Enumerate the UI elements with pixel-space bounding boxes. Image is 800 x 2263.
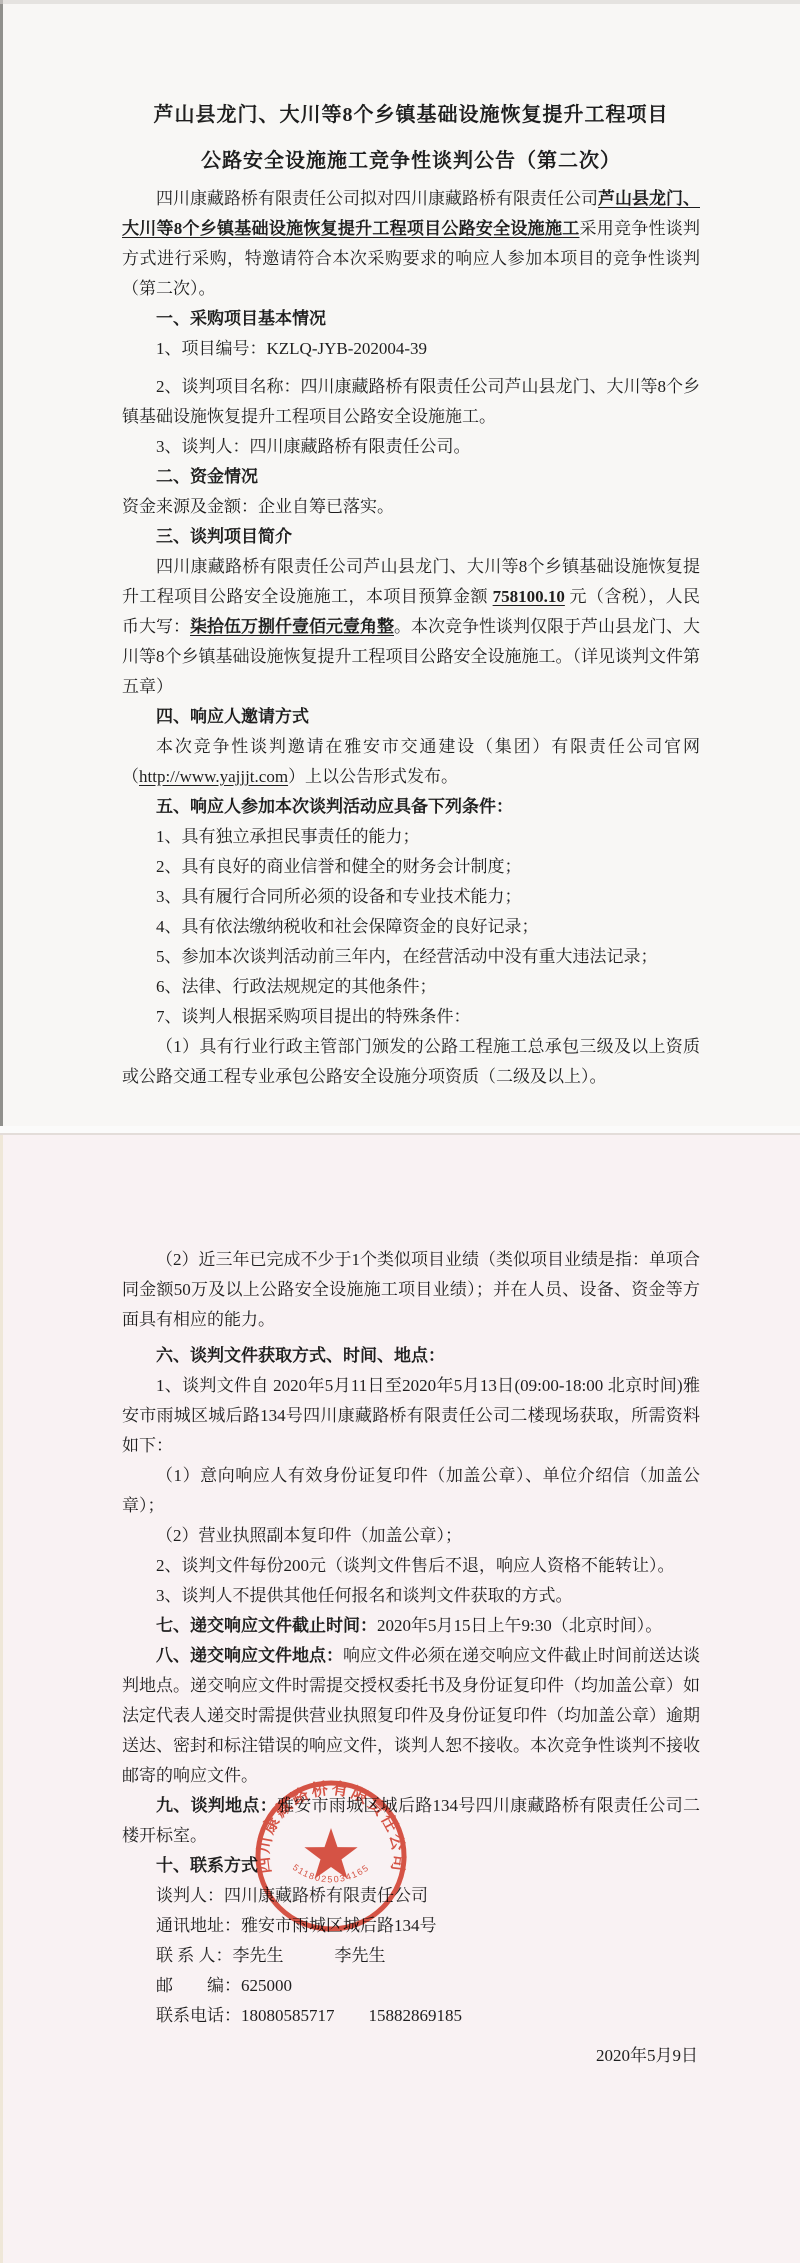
condition-item-3: 3、具有履行合同所必须的设备和专业技术能力； [122, 882, 700, 912]
contact-negotiator-line: 谈判人：四川康藏路桥有限责任公司 [122, 1881, 700, 1911]
official-website-url: http://www.yajjjt.com [139, 767, 288, 786]
invitation-paragraph: 本次竞争性谈判邀请在雅安市交通建设（集团）有限责任公司官网（http://www… [122, 732, 700, 792]
section-3-heading: 三、谈判项目简介 [122, 522, 700, 552]
scanned-page-1: 芦山县龙门、大川等8个乡镇基础设施恢复提升工程项目 公路安全设施施工竞争性谈判公… [0, 0, 800, 1126]
document-title-line1: 芦山县龙门、大川等8个乡镇基础设施恢复提升工程项目 [122, 100, 700, 130]
project-brief-paragraph: 四川康藏路桥有限责任公司芦山县龙门、大川等8个乡镇基础设施恢复提升工程项目公路安… [122, 552, 700, 702]
intro-paragraph: 四川康藏路桥有限责任公司拟对四川康藏路桥有限责任公司芦山县龙门、大川等8个乡镇基… [122, 184, 700, 304]
section-7-line: 七、递交响应文件截止时间：2020年5月15日上午9:30（北京时间）。 [122, 1611, 700, 1641]
required-material-2: （2）营业执照副本复印件（加盖公章）； [122, 1521, 700, 1551]
section-6-heading: 六、谈判文件获取方式、时间、地点： [122, 1341, 700, 1371]
condition-item-4: 4、具有依法缴纳税收和社会保障资金的良好记录； [122, 912, 700, 942]
required-material-1: （1）意向响应人有效身份证复印件（加盖公章）、单位介绍信（加盖公章）； [122, 1461, 700, 1521]
condition-item-1: 1、具有独立承担民事责任的能力； [122, 822, 700, 852]
section-4-heading: 四、响应人邀请方式 [122, 702, 700, 732]
section-9-paragraph: 九、谈判地点：雅安市雨城区城后路134号四川康藏路桥有限责任公司二楼开标室。 [122, 1791, 700, 1851]
section-9-heading: 九、谈判地点： [156, 1796, 277, 1815]
negotiator-line: 3、谈判人：四川康藏路桥有限责任公司。 [122, 432, 700, 462]
scanned-page-2: （2）近三年已完成不少于1个类似项目业绩（类似项目业绩是指：单项合同金额50万及… [0, 1135, 800, 2263]
budget-amount-chinese: 柒拾伍万捌仟壹佰元壹角整 [190, 617, 394, 636]
section-8-heading: 八、递交响应文件地点： [156, 1646, 343, 1665]
page-boundary-seam [0, 1126, 800, 1135]
section-5-heading: 五、响应人参加本次谈判活动应具备下列条件： [122, 792, 700, 822]
contact-postcode-line: 邮 编：625000 [122, 1971, 700, 2001]
intro-text: 四川康藏路桥有限责任公司拟对四川康藏路桥有限责任公司 [156, 189, 598, 208]
section-7-heading: 七、递交响应文件截止时间： [156, 1616, 377, 1635]
condition-item-7: 7、谈判人根据采购项目提出的特殊条件： [122, 1002, 700, 1032]
section-10-heading: 十、联系方式 [122, 1851, 700, 1881]
section-2-heading: 二、资金情况 [122, 462, 700, 492]
submission-place-text: 响应文件必须在递交响应文件截止时间前送达谈判地点。递交响应文件时需提交授权委托书… [122, 1646, 700, 1785]
scan-edge-artifact [0, 1135, 3, 2263]
condition-item-6: 6、法律、行政法规规定的其他条件； [122, 972, 700, 1002]
funding-line: 资金来源及金额：企业自筹已落实。 [122, 492, 700, 522]
project-number-line: 1、项目编号：KZLQ-JYB-202004-39 [122, 334, 700, 364]
document-acquisition-line: 1、谈判文件自 2020年5月11日至2020年5月13日(09:00-18:0… [122, 1371, 700, 1461]
deadline-text: 2020年5月15日上午9:30（北京时间）。 [377, 1616, 662, 1635]
project-name-line: 2、谈判项目名称：四川康藏路桥有限责任公司芦山县龙门、大川等8个乡镇基础设施恢复… [122, 372, 700, 432]
contact-person-line: 联 系 人：李先生 李先生 [122, 1941, 700, 1971]
condition-item-2: 2、具有良好的商业信誉和健全的财务会计制度； [122, 852, 700, 882]
no-other-method-line: 3、谈判人不提供其他任何报名和谈判文件获取的方式。 [122, 1581, 700, 1611]
contact-phone-line: 联系电话：18080585717 15882869185 [122, 2001, 700, 2031]
scan-edge-artifact [0, 0, 800, 4]
special-condition-2: （2）近三年已完成不少于1个类似项目业绩（类似项目业绩是指：单项合同金额50万及… [122, 1245, 700, 1335]
document-title-line2: 公路安全设施施工竞争性谈判公告（第二次） [122, 146, 700, 176]
section-8-paragraph: 八、递交响应文件地点：响应文件必须在递交响应文件截止时间前送达谈判地点。递交响应… [122, 1641, 700, 1791]
document-date: 2020年5月9日 [122, 2041, 700, 2071]
budget-amount: 758100.10 [493, 587, 565, 606]
section-1-heading: 一、采购项目基本情况 [122, 304, 700, 334]
invitation-text-tail: ）上以公告形式发布。 [288, 767, 458, 786]
scan-edge-artifact [0, 0, 3, 1126]
contact-address-line: 通讯地址：雅安市雨城区城后路134号 [122, 1911, 700, 1941]
special-condition-1: （1）具有行业行政主管部门颁发的公路工程施工总承包三级及以上资质或公路交通工程专… [122, 1032, 700, 1092]
document-fee-line: 2、谈判文件每份200元（谈判文件售后不退，响应人资格不能转让）。 [122, 1551, 700, 1581]
condition-item-5: 5、参加本次谈判活动前三年内，在经营活动中没有重大违法记录； [122, 942, 700, 972]
